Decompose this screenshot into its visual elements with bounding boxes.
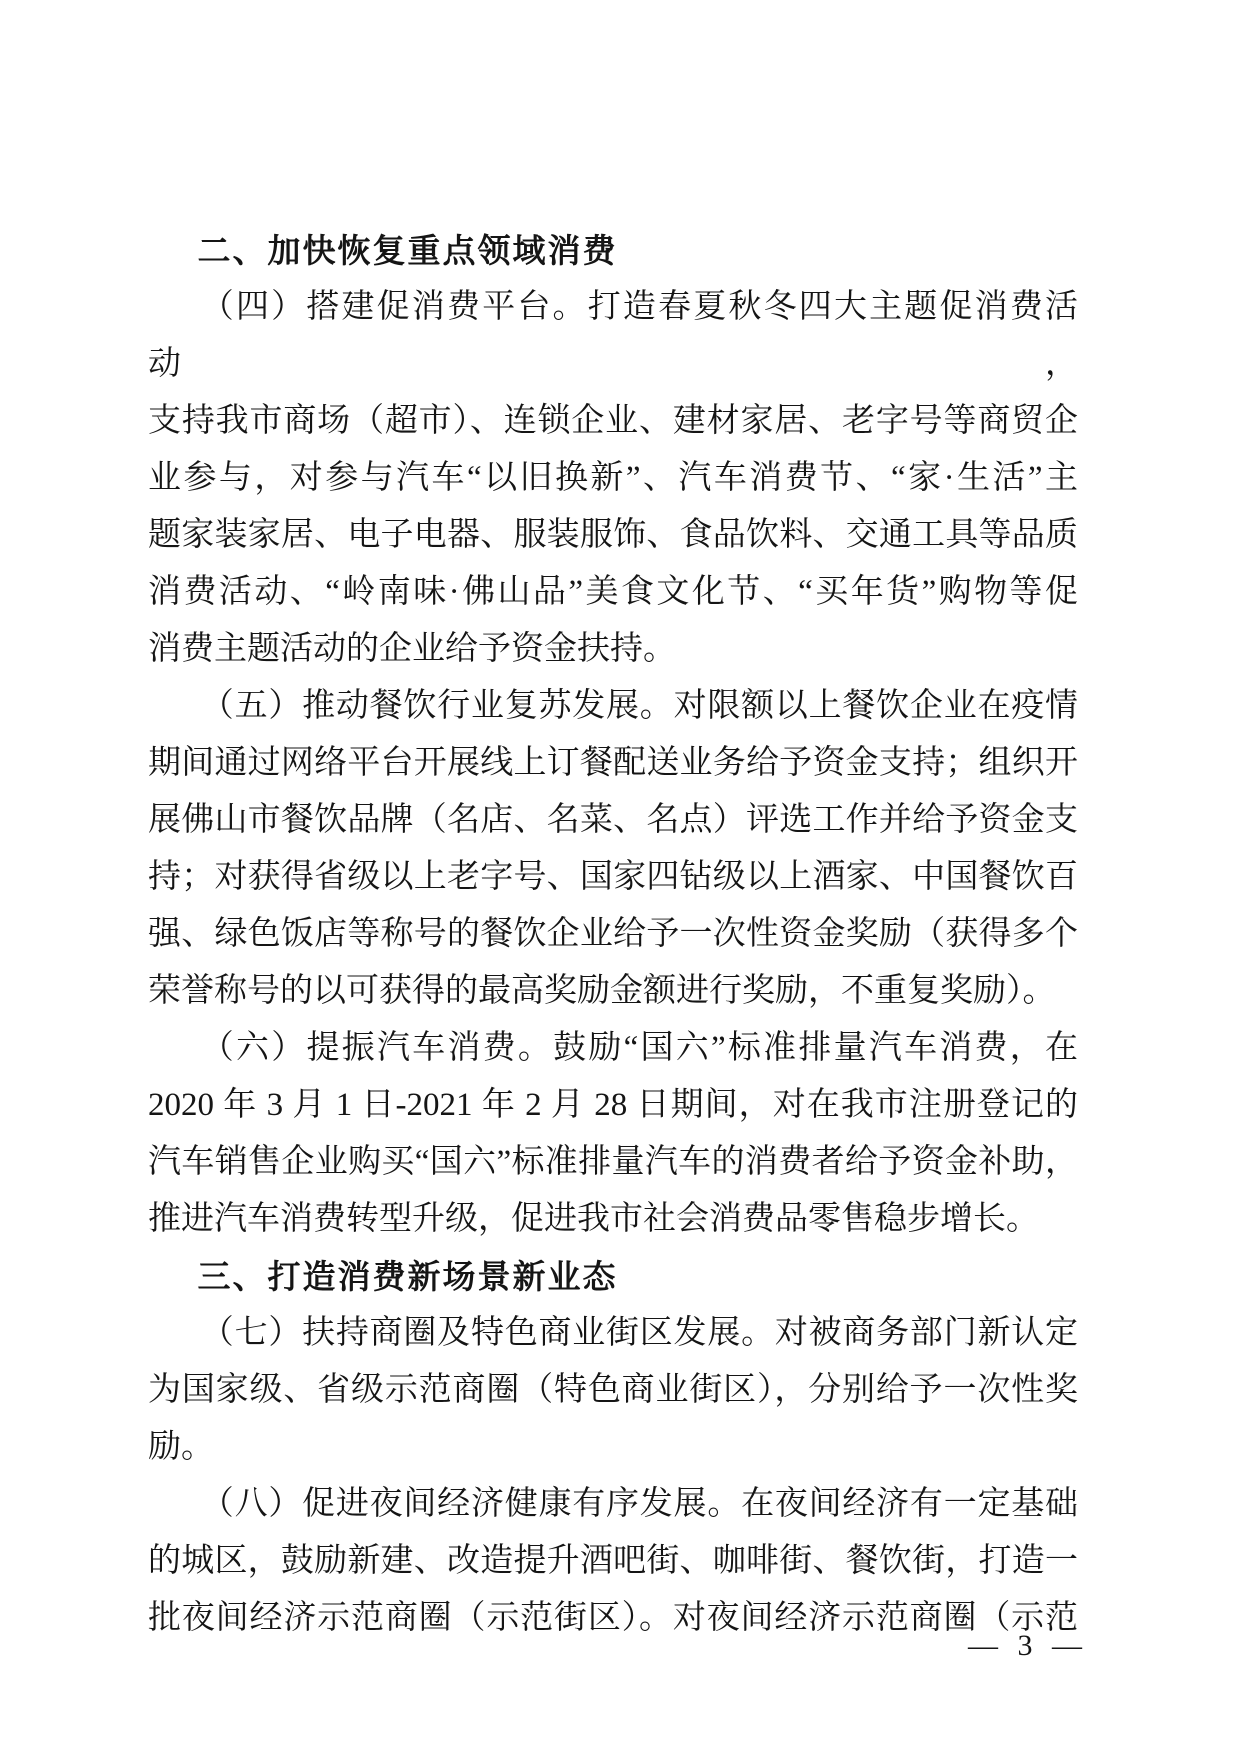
item-eight-title: （八）促进夜间经济健康有序发展。 [201,1486,741,1522]
item-four-title: （四）搭建促消费平台。 [201,289,588,325]
item-five-last-line: 荣誉称号的以可获得的最高奖励金额进行奖励，不重复奖励）。 [148,963,1078,1020]
body-text: 对被商务部门新认定 [775,1315,1078,1351]
body-text: 鼓励“国六”标准排量汽车消费，在 [553,1030,1078,1066]
body-line: 展佛山市餐饮品牌（名店、名菜、名点）评选工作并给予资金支 [148,792,1078,849]
item-five-first-line: （五）推动餐饮行业复苏发展。对限额以上餐饮企业在疫情 [148,678,1078,735]
section-two-heading: 二、加快恢复重点领域消费 [148,222,1078,279]
item-seven-first-line: （七）扶持商圈及特色商业街区发展。对被商务部门新认定 [148,1305,1078,1362]
body-line: 为国家级、省级示范商圈（特色商业街区），分别给予一次性奖 [148,1362,1078,1419]
item-six-first-line: （六）提振汽车消费。鼓励“国六”标准排量汽车消费，在 [148,1020,1078,1077]
item-six-title: （六）提振汽车消费。 [201,1030,553,1066]
body-line: 消费活动、“岭南味·佛山品”美食文化节、“买年货”购物等促 [148,564,1078,621]
page-number: — 3 — [968,1629,1088,1662]
item-six-last-line: 推进汽车消费转型升级，促进我市社会消费品零售稳步增长。 [148,1191,1078,1248]
body-line: 的城区，鼓励新建、改造提升酒吧街、咖啡街、餐饮街，打造一 [148,1533,1078,1590]
item-eight-first-line: （八）促进夜间经济健康有序发展。在夜间经济有一定基础 [148,1476,1078,1533]
item-four-first-line: （四）搭建促消费平台。打造春夏秋冬四大主题促消费活动， [148,279,1078,393]
body-line: 批夜间经济示范商圈（示范街区）。对夜间经济示范商圈（示范 [148,1590,1078,1647]
item-four-last-line: 消费主题活动的企业给予资金扶持。 [148,621,1078,678]
body-line: 强、绿色饭店等称号的餐饮企业给予一次性资金奖励（获得多个 [148,906,1078,963]
item-five-title: （五）推动餐饮行业复苏发展。 [201,688,674,724]
body-line: 支持我市商场（超市）、连锁企业、建材家居、老字号等商贸企 [148,393,1078,450]
document-page: 二、加快恢复重点领域消费 （四）搭建促消费平台。打造春夏秋冬四大主题促消费活动，… [0,0,1240,1754]
item-seven-title: （七）扶持商圈及特色商业街区发展。 [201,1315,775,1351]
body-line: 持；对获得省级以上老字号、国家四钻级以上酒家、中国餐饮百 [148,849,1078,906]
page-footer: — 3 — [968,1628,1088,1664]
document-body: 二、加快恢复重点领域消费 （四）搭建促消费平台。打造春夏秋冬四大主题促消费活动，… [148,222,1078,1647]
body-line: 2020 年 3 月 1 日-2021 年 2 月 28 日期间，对在我市注册登… [148,1077,1078,1134]
body-line: 汽车销售企业购买“国六”标准排量汽车的消费者给予资金补助， [148,1134,1078,1191]
body-line: 期间通过网络平台开展线上订餐配送业务给予资金支持；组织开 [148,735,1078,792]
body-line: 题家装家居、电子电器、服装服饰、食品饮料、交通工具等品质 [148,507,1078,564]
body-text: 对限额以上餐饮企业在疫情 [674,688,1078,724]
section-three-heading: 三、打造消费新场景新业态 [148,1248,1078,1305]
item-seven-last-line: 励。 [148,1419,1078,1476]
body-text: 在夜间经济有一定基础 [741,1486,1078,1522]
body-line: 业参与，对参与汽车“以旧换新”、汽车消费节、“家·生活”主 [148,450,1078,507]
